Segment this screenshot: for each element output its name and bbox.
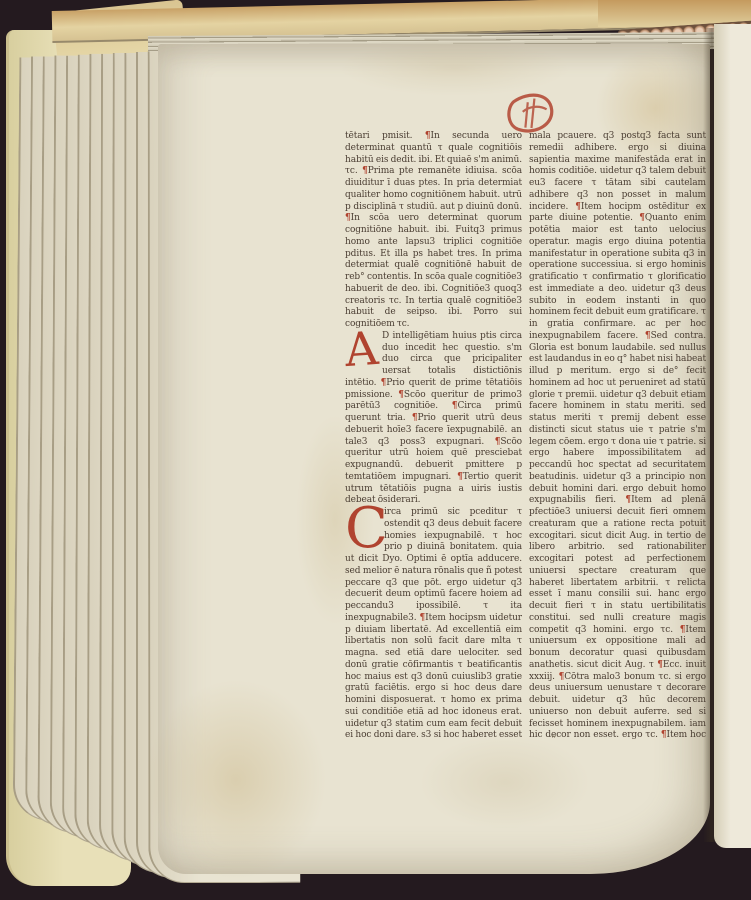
pilcrow: ¶ — [657, 660, 663, 670]
quire-mark: w — [551, 733, 557, 740]
pilcrow: ¶ — [661, 730, 667, 740]
paragraph: mala pcauere. q3 postq3 facta sunt remed… — [529, 131, 706, 741]
pilcrow: ¶ — [425, 131, 431, 141]
pilcrow: ¶ — [680, 625, 686, 635]
book-photograph: tētari pmisit. ¶In secunda uero determin… — [0, 0, 751, 900]
text-column-right: mala pcauere. q3 postq3 facta sunt remed… — [529, 131, 706, 741]
facing-page-edge — [714, 24, 751, 848]
pilcrow: ¶ — [559, 672, 565, 682]
paragraph: Circa primū sic pceditur τ ostendit q3 d… — [345, 507, 522, 741]
pilcrow: ¶ — [457, 472, 463, 482]
pilcrow: ¶ — [452, 401, 458, 411]
pilcrow: ¶ — [362, 166, 368, 176]
paragraph: AD intelligētiam huius ptis circa duo in… — [345, 331, 522, 507]
pilcrow: ¶ — [412, 413, 418, 423]
pilcrow: ¶ — [625, 495, 631, 505]
pilcrow: ¶ — [381, 378, 387, 388]
drop-cap: A — [345, 332, 379, 369]
text-block: tētari pmisit. ¶In secunda uero determin… — [345, 131, 706, 741]
pilcrow: ¶ — [639, 213, 645, 223]
pilcrow: ¶ — [645, 331, 651, 341]
paragraph: tētari pmisit. ¶In secunda uero determin… — [345, 131, 522, 331]
pilcrow: ¶ — [495, 437, 501, 447]
text-column-left: tētari pmisit. ¶In secunda uero determin… — [345, 131, 522, 741]
pilcrow: ¶ — [345, 213, 351, 223]
pilcrow: ¶ — [420, 613, 426, 623]
pilcrow: ¶ — [398, 390, 404, 400]
drop-cap: C — [345, 508, 381, 554]
pilcrow: ¶ — [575, 202, 581, 212]
